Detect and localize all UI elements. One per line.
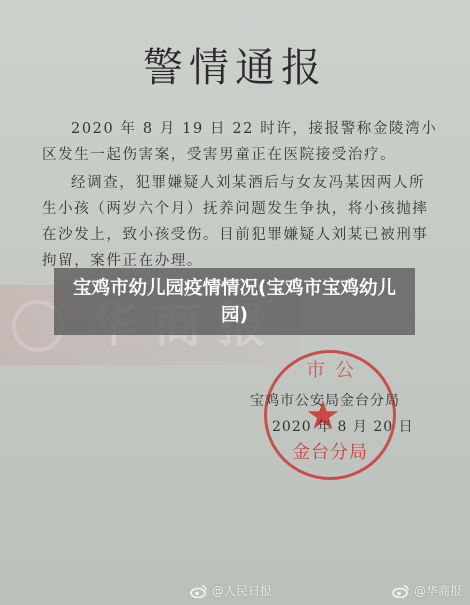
credit-people-daily[interactable]: @人民日报 (190, 582, 272, 599)
issue-date: 2020 年 8 月 20 日 (272, 416, 414, 436)
stamp-bottom-text: 金台分局 (264, 438, 396, 464)
issuer-name: 宝鸡市公安局金台分局 (250, 390, 400, 410)
weibo-icon (392, 584, 410, 598)
document-paragraph-1: 2020 年 8 月 19 日 22 时许，接报警称金陵湾小区发生一起伤害案，受… (42, 116, 438, 168)
image-caption: 宝鸡市幼儿园疫情情况(宝鸡市宝鸡幼儿园) (54, 268, 415, 335)
caption-text: 宝鸡市幼儿园疫情情况(宝鸡市宝鸡幼儿园) (62, 275, 407, 329)
credit-text: @华商报 (414, 582, 462, 599)
credit-huashang-daily[interactable]: @华商报 (392, 582, 462, 599)
weibo-icon (190, 584, 208, 598)
credit-text: @人民日报 (212, 582, 272, 599)
document-title: 警情通报 (0, 36, 470, 93)
stamp-arc-text: 市公 (290, 355, 380, 382)
document-paragraph-2: 经调查，犯罪嫌疑人刘某酒后与女友冯某因两人所生小孩（两岁六个月）抚养问题发生争执… (42, 170, 438, 274)
